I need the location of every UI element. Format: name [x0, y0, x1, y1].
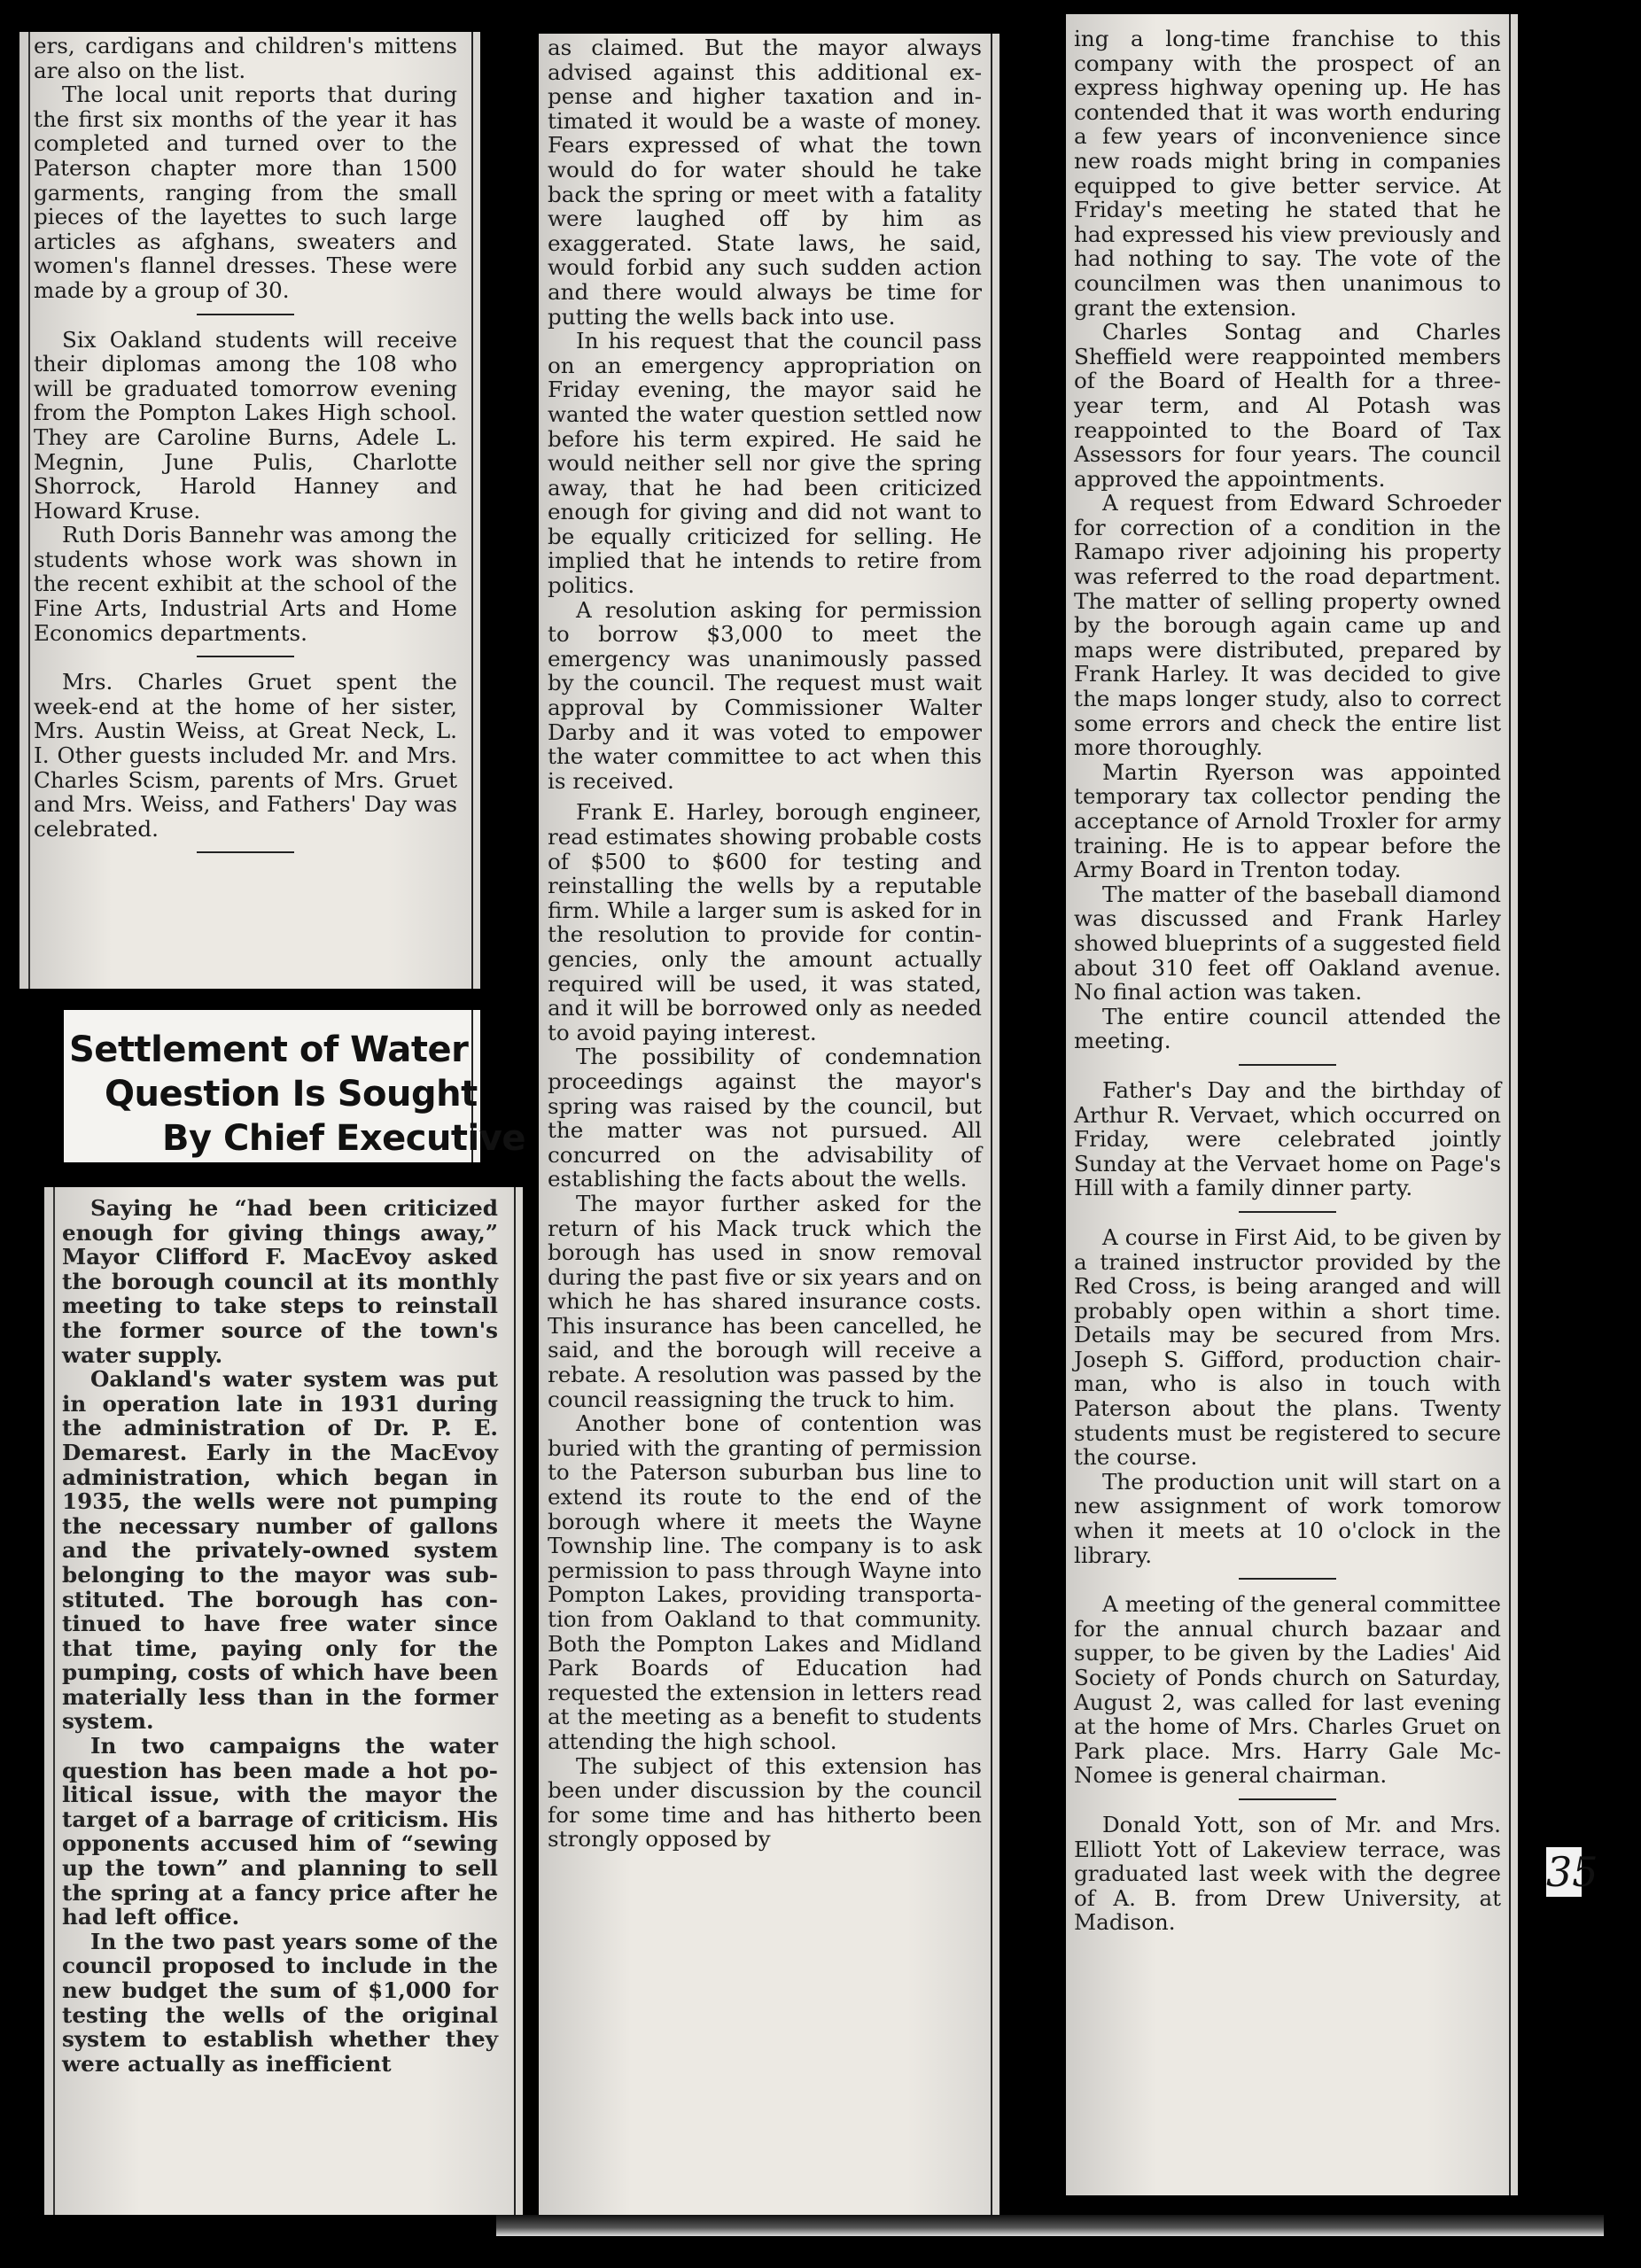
paragraph: Six Oakland students will re­ceive their… [34, 328, 457, 524]
paragraph: Oakland's water system was put in operat… [62, 1367, 498, 1734]
paragraph: A meeting of the general com­mittee for … [1074, 1592, 1501, 1788]
column-rule [53, 1187, 55, 2215]
divider [197, 656, 294, 657]
right-column: ing a long-time franchise to this compan… [1074, 27, 1501, 1935]
paragraph: Saying he “had been criticized enough fo… [62, 1196, 498, 1367]
column-rule [1509, 14, 1511, 2195]
paragraph: A request from Edward Schroeder for corr… [1074, 491, 1501, 760]
divider [1239, 1578, 1336, 1580]
middle-column: as claimed. But the mayor always advised… [548, 35, 982, 1852]
paragraph: Martin Ryerson was appointed temporary t… [1074, 760, 1501, 882]
paragraph: A resolution asking for permis­sion to b… [548, 598, 982, 794]
paragraph: The local unit reports that during the f… [34, 82, 457, 302]
paragraph: Another bone of contention was buried wi… [548, 1411, 982, 1753]
paragraph: Mrs. Charles Gruet spent the week-end at… [34, 670, 457, 841]
column-rule [991, 34, 992, 2218]
paragraph: Ruth Doris Bannehr was among the student… [34, 523, 457, 645]
headline-line: Settlement of Water [69, 1028, 473, 1072]
paragraph: Donald Yott, son of Mr. and Mrs. Elliott… [1074, 1813, 1501, 1935]
paragraph: Father's Day and the birthday of Arthur … [1074, 1078, 1501, 1200]
left-column-upper: ers, cardigans and children's mit­tens a… [34, 34, 457, 866]
left-column-article: Saying he “had been criticized enough fo… [62, 1196, 498, 2076]
handwritten-page-mark: 35 [1546, 1847, 1582, 1897]
column-rule [514, 1187, 516, 2215]
paragraph: The possibility of condemnation proceedi… [548, 1045, 982, 1192]
divider [197, 851, 294, 853]
divider [1239, 1798, 1336, 1800]
paragraph: In two campaigns the water question has … [62, 1734, 498, 1930]
scan-edge-shadow [496, 2215, 1604, 2236]
paragraph: ing a long-time franchise to this compan… [1074, 27, 1501, 320]
paragraph: The production unit will start on a new … [1074, 1470, 1501, 1567]
article-headline: Settlement of Water Question Is Sought B… [69, 1028, 473, 1161]
column-rule [28, 32, 30, 989]
paragraph: In the two past years some of the counci… [62, 1930, 498, 2077]
divider [197, 314, 294, 315]
paragraph: The matter of the baseball dia­mond was … [1074, 882, 1501, 1005]
paragraph: Frank E. Harley, borough en­gineer, read… [548, 800, 982, 1045]
paragraph: The entire council attended the meeting. [1074, 1005, 1501, 1053]
divider [1239, 1064, 1336, 1066]
headline-line: By Chief Executive [69, 1116, 473, 1161]
paragraph: ers, cardigans and children's mit­tens a… [34, 34, 457, 82]
paragraph: The mayor further asked for the return o… [548, 1192, 982, 1411]
paragraph: as claimed. But the mayor always advised… [548, 35, 982, 329]
headline-line: Question Is Sought [69, 1072, 473, 1116]
paragraph: The subject of this extension has been u… [548, 1754, 982, 1852]
paragraph: Charles Sontag and Charles Sheffield wer… [1074, 320, 1501, 491]
paragraph: In his request that the council pass on … [548, 329, 982, 598]
column-rule [471, 32, 473, 989]
paragraph: A course in First Aid, to be given by a … [1074, 1225, 1501, 1470]
divider [1239, 1211, 1336, 1213]
